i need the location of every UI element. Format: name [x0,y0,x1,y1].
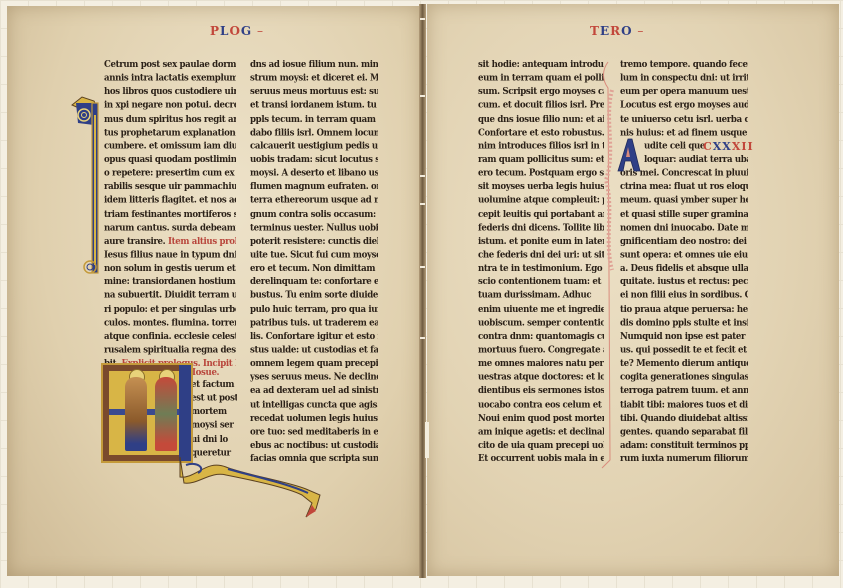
text-line: Et occurrent uobis mala in ex [478,452,604,466]
text-line: cito de uia quam precepi uobis. [478,439,604,453]
text-line: ebus ac noctibus: ut custodias et [250,439,378,453]
text-line: sit hodie: antequam introducam [478,58,604,72]
text-line: gentes. quando separabat filios [620,425,748,439]
text-line: moysi ser [191,419,237,433]
stitch-mark [420,95,425,97]
text-line: ero et tecum. Non dimittam nec [250,262,378,276]
left-page-column-1-wrap: et factum est ut post mortem moysi ser u… [191,378,237,460]
text-line: sum. Scripsit ergo moyses canti [478,85,604,99]
text-line: triam festinantes mortiferos syre [104,208,236,222]
text-line: uobiscum. semper contentiose egistis [478,316,604,330]
text-line: gnum contra solis occasum: erit [250,208,378,222]
text-line: cogita generationes singulas. In [620,371,748,385]
text-line: Numquid non ipse est pater tu [620,330,748,344]
text-line: lum in conspectu dni: ut irritetis [620,72,748,86]
text-line: ram quam pollicitus sum: et ego [478,153,604,167]
stitch-mark [420,337,425,339]
text-line: gnificentiam deo nostro: dei perfecta [620,235,748,249]
text-line: dis domino ppls stulte et insipiens? [620,316,748,330]
text-line: hos libros quos custodiere uirgi [104,85,236,99]
text-line: na subuertit. Diuidit terram uicto [104,289,236,303]
text-line: nomen dni inuocabo. Date ma [620,221,748,235]
text-line: ore tuo: sed meditaberis in eo di [250,425,378,439]
text-line: dabo filiis isrl. Omnem locum quem [250,126,378,140]
head-letter: O [229,24,240,38]
text-line: mus dum spiritus hos regit ar [104,112,236,126]
text-line: sunt opera: et omnes uie eius iudici [620,248,748,262]
text-line: calcauerit uestigium pedis uestri [250,140,378,154]
head-letter: P [210,24,220,38]
text-line: derelinquam te: confortare et esto ro [250,276,378,290]
text-line: eum per opera manuum uestrarum. [620,85,748,99]
text-line: terra ethereorum usque ad mare ma [250,194,378,208]
running-head-left: PLOG – [210,24,264,38]
text-line: tiabit tibi: maiores tuos et dicent [620,398,748,412]
initial-blue-bar [179,365,191,461]
text-line: nim introduces filios isrl in ter [478,140,604,154]
stitch-mark [420,203,425,205]
text-line: mine: transiordanen hostium reg [104,276,236,290]
text-line: non solum in gestis uerum et no [104,262,236,276]
rubric: Item altius prologus. [168,236,236,247]
text-line: poterit resistere: cunctis diebus [250,235,378,249]
text-line: te uniuerso cetu isrl. uerba carmi [620,112,748,126]
text-line: aure transire. Item altius prologus. [104,235,236,249]
stitch-mark [420,18,425,20]
text-line: te? Memento dierum antiquorum: [620,357,748,371]
head-letter: R [610,24,621,38]
text-line: que dns iosue filio nun: et ait. [478,112,604,126]
text-fragment: aure transire. [104,236,165,247]
text-line: terminus uester. Nullus uobis [250,221,378,235]
text-line: contra dnm: quantomagis cum [478,330,604,344]
text-line: stus ualde: ut custodias et facias [250,344,378,358]
text-line: tibi. Quando diuidebat altissimus [620,412,748,426]
text-line: recedat uolumen legis huius de [250,412,378,426]
chapter-numeral: C [703,140,713,153]
text-line: lis. Confortare igitur et esto robu [250,330,378,344]
head-letter: T [590,24,600,38]
text-line: idem litteris flagitet. et nos ad pa [104,194,236,208]
text-line: ri populo: et per singulas urbes ui [104,303,236,317]
text-line: flumen magnum eufraten. omnis [250,180,378,194]
right-page-column-2: tremo tempore. quando feceritis ma lum i… [620,58,748,466]
text-line: ctrina mea: fluat ut ros eloquium [620,180,748,194]
text-line: ea ad dexteram uel ad sinistram: [250,384,378,398]
decorated-initial-a [616,137,642,173]
text-line: et factum [191,378,237,392]
text-line: seruus meus mortuus est: surge [250,85,378,99]
text-line: ntra te in testimonium. Ego enim [478,262,604,276]
text-line: tus prophetarum explanationem in [104,126,236,140]
text-line: Confortare et esto robustus. Tu e [478,126,604,140]
text-line: mortem [191,405,237,419]
text-line: uestras atque doctores: et loquar au [478,371,604,385]
text-line: omnem legem quam precepit tibi mo [250,357,378,371]
stitch-mark [420,266,425,268]
chapter-number: CXXXII [703,140,754,153]
decorated-initial-p [70,95,100,280]
text-line: narum cantus. surda debeamus [104,221,236,235]
chapter-numeral: XX [713,140,732,153]
text-line: me omnes maiores natu per tribus [478,357,604,371]
text-line: annis intra lactatis exemplum e. [104,72,236,86]
text-line: adam: constituit terminos ppls [620,439,748,453]
text-line: uobis tradam: sicut locutus sum [250,153,378,167]
text-line: rabilis sesque uir pammachius hec [104,180,236,194]
text-line: rusalem spiritualia regna descri [104,344,236,358]
text-line: cumbere. et omissum iam diu [104,140,236,154]
text-line: moysi. A deserto et libano usque ad [250,167,378,181]
text-line: Iesus filius naue in typum dni [104,248,236,262]
text-line: dns ad iosue filium nun. mini [250,58,378,72]
text-line: tio praua atque peruersa: hecine red [620,303,748,317]
text-line: ppls tecum. in terram quam ego [250,112,378,126]
text-line: che federis dni dei uri: ut sit ibi co [478,248,604,262]
text-line: ei non filii eius in sordibus. Genera [620,289,748,303]
text-line: quitate. iustus et rectus: peccauerunt [620,276,748,290]
saint-figure-left [125,377,147,451]
left-page-column-1: Cetrum post sex paulae dormitionem annis… [104,58,236,371]
running-head-right: TERO – [590,24,644,38]
text-line: a. Deus fidelis et absque ulla ini [620,262,748,276]
head-letter: E [600,24,610,38]
text-line: us. qui possedit te et fecit et creauit [620,344,748,358]
text-line: ut intelligas cuncta que agis. Non [250,398,378,412]
text-line: istum. et ponite eum in latere ar [478,235,604,249]
text-line: dientibus eis sermones istos: et in [478,384,604,398]
text-line: cum. et docuit filios isrl. Precepit [478,99,604,113]
text-line: meum. quasi ymber super herbam. [620,194,748,208]
text-line: sit moyses uerba legis huius in [478,180,604,194]
historiated-initial-e [101,363,193,463]
text-line: eum in terram quam ei pollicitus [478,72,604,86]
text-line: ui dni lo [191,432,237,446]
binding-gutter [419,4,426,578]
text-line: terroga patrem tuum. et annun [620,384,748,398]
text-line: am inique agetis: et declinabitis [478,425,604,439]
text-line: uocabo contra eos celum et terram. [478,398,604,412]
text-line: o repetere: presertim cum ex admi [104,167,236,181]
text-line: strum moysi: et diceret ei. Moyses [250,72,378,86]
text-line: federis dni dicens. Tollite librum [478,221,604,235]
text-line: est ut post [191,392,237,406]
text-line: uite tue. Sicut fui cum moyse: [250,248,378,262]
text-line: atque confinia. ecclesie celestisque ihe [104,330,236,344]
text-line: culos. montes. flumina. torrentes [104,316,236,330]
text-line: rum iuxta numerum filiorum isrl. [620,452,748,466]
text-line: enim uiuente me et ingrediente [478,303,604,317]
text-line: Cetrum post sex paulae dormitionem [104,58,236,72]
text-line: Locutus est ergo moyses audien [620,99,748,113]
head-letter: G [241,24,252,38]
text-line: et transi iordanem istum. tu et omnis [250,99,378,113]
left-page-column-2: dns ad iosue filium nun. mini strum moys… [250,58,378,466]
text-line: scio contentionem tuam: et ceruicem [478,276,604,290]
text-line: mortuus fuero. Congregate ad [478,344,604,358]
right-page-column-1: sit hodie: antequam introducam eum in te… [478,58,604,466]
chapter-numeral: XII [732,140,754,153]
tear-mark [425,422,429,458]
bar-extender-flourish [176,455,326,523]
text-line: tremo tempore. quando feceritis ma [620,58,748,72]
text-line: pulo huic terram, pro qua iuraui [250,303,378,317]
stitch-mark [420,175,425,177]
penwork-flourish [598,60,620,470]
text-line: bustus. Tu enim sorte diuides po [250,289,378,303]
text-line: Noui enim quod post mortem me [478,412,604,426]
head-letter: O [621,24,632,38]
saint-figure-right [155,377,177,451]
text-line: ero tecum. Postquam ergo scrip [478,167,604,181]
text-line: yses seruus meus. Ne declines ab [250,371,378,385]
text-line: uolumine atque compleuit: pre [478,194,604,208]
text-line: in xpi negare non potui. decreui [104,99,236,113]
text-line: tuam durissimam. Adhuc [478,289,604,303]
text-line: cepit leuitis qui portabant arcam [478,208,604,222]
text-line: patribus tuis. ut traderem eam il [250,316,378,330]
text-line: et quasi stille super gramina: quia [620,208,748,222]
text-line: opus quasi quodam postliminio [104,153,236,167]
